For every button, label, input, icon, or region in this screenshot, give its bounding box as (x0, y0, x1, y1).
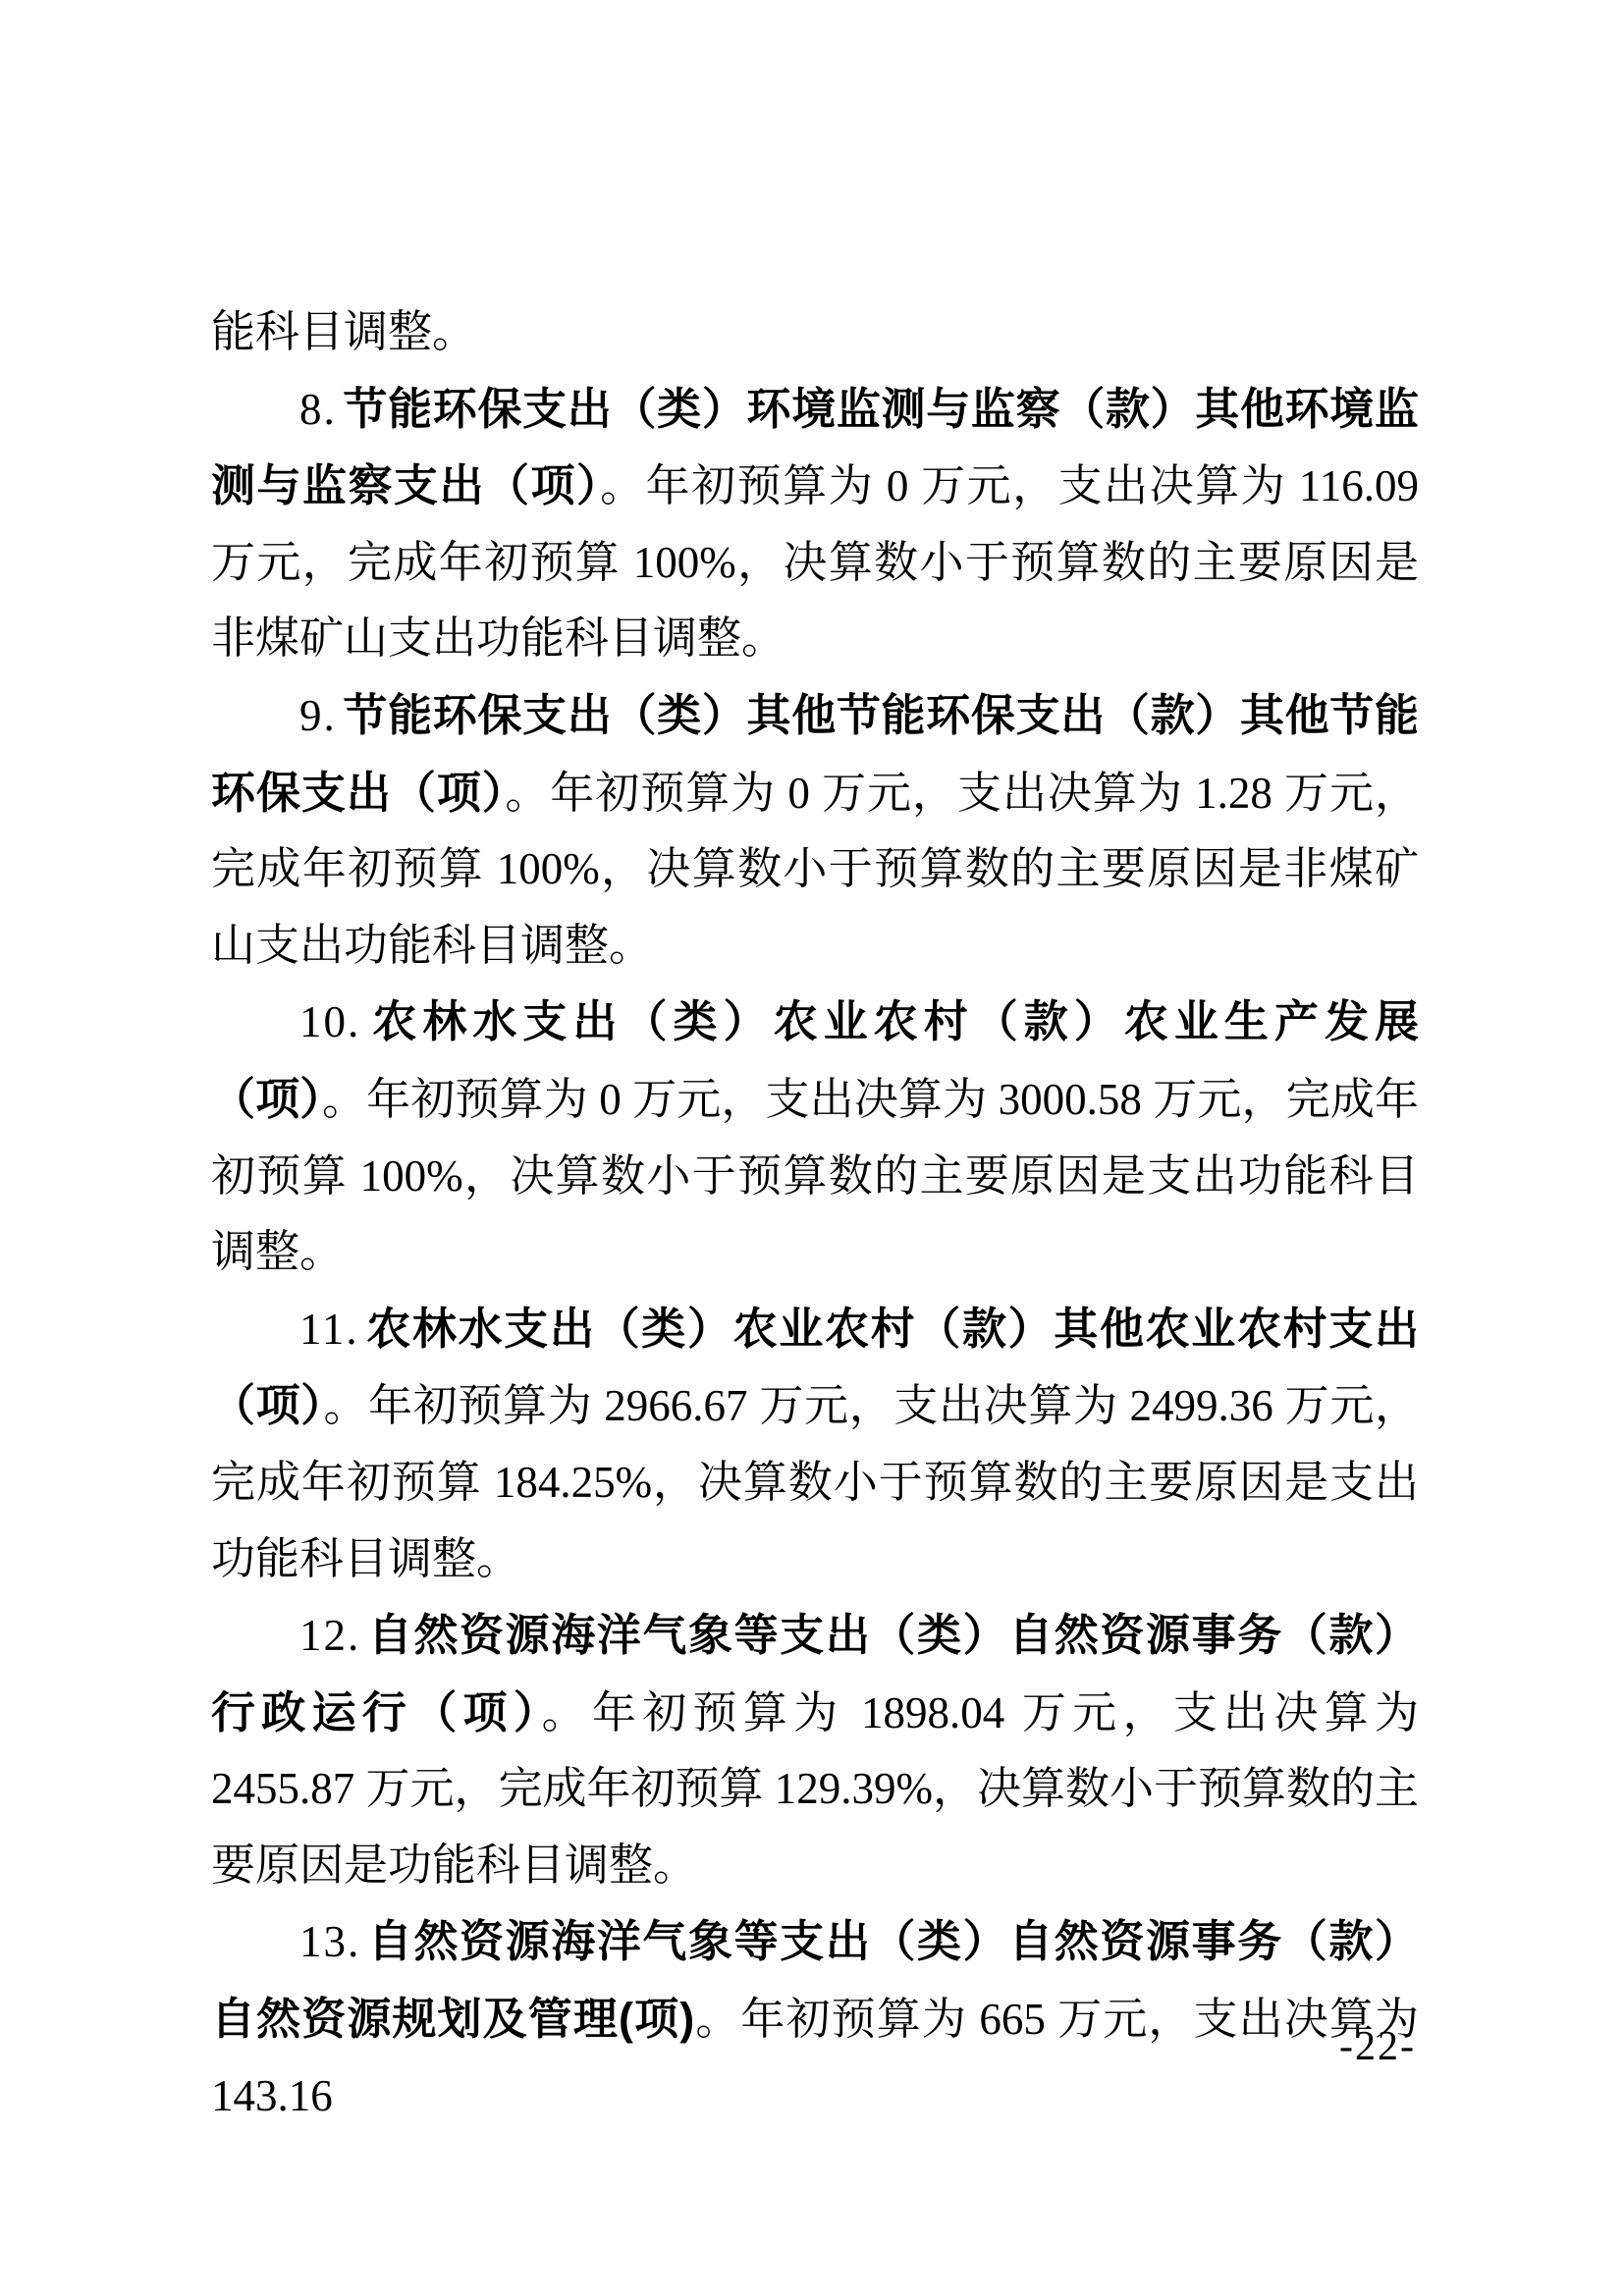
item-number: 10. (299, 997, 366, 1046)
paragraph-item-12: 12.自然资源海洋气象等支出（类）自然资源事务（款）行政运行（项）。年初预算为 … (211, 1597, 1419, 1903)
paragraph-item-8: 8.节能环保支出（类）环境监测与监察（款）其他环境监测与监察支出（项）。年初预算… (211, 371, 1419, 677)
paragraph-continuation: 能科目调整。 (211, 294, 1419, 371)
item-body: 。年初预算为 2966.67 万元，支出决算为 2499.36 万元，完成年初预… (211, 1381, 1419, 1582)
page-number: -22- (1339, 2022, 1416, 2071)
paragraph-item-13: 13.自然资源海洋气象等支出（类）自然资源事务（款）自然资源规划及管理(项)。年… (211, 1903, 1419, 2134)
document-page: 能科目调整。 8.节能环保支出（类）环境监测与监察（款）其他环境监测与监察支出（… (0, 0, 1624, 2296)
item-number: 12. (299, 1611, 366, 1660)
item-number: 13. (299, 1917, 366, 1966)
paragraph-item-10: 10.农林水支出（类）农业农村（款）农业生产发展（项）。年初预算为 0 万元，支… (211, 984, 1419, 1290)
paragraph-item-11: 11.农林水支出（类）农业农村（款）其他农业农村支出（项）。年初预算为 2966… (211, 1291, 1419, 1597)
item-number: 9. (299, 691, 343, 740)
paragraph-item-9: 9.节能环保支出（类）其他节能环保支出（款）其他节能环保支出（项）。年初预算为 … (211, 677, 1419, 984)
body-text: 能科目调整。 8.节能环保支出（类）环境监测与监察（款）其他环境监测与监察支出（… (211, 294, 1419, 2134)
item-number: 8. (299, 385, 343, 434)
item-body: 。年初预算为 0 万元，支出决算为 3000.58 万元，完成年初预算 100%… (211, 1075, 1419, 1276)
item-number: 11. (299, 1305, 365, 1354)
continuation-text: 能科目调整。 (211, 307, 476, 356)
